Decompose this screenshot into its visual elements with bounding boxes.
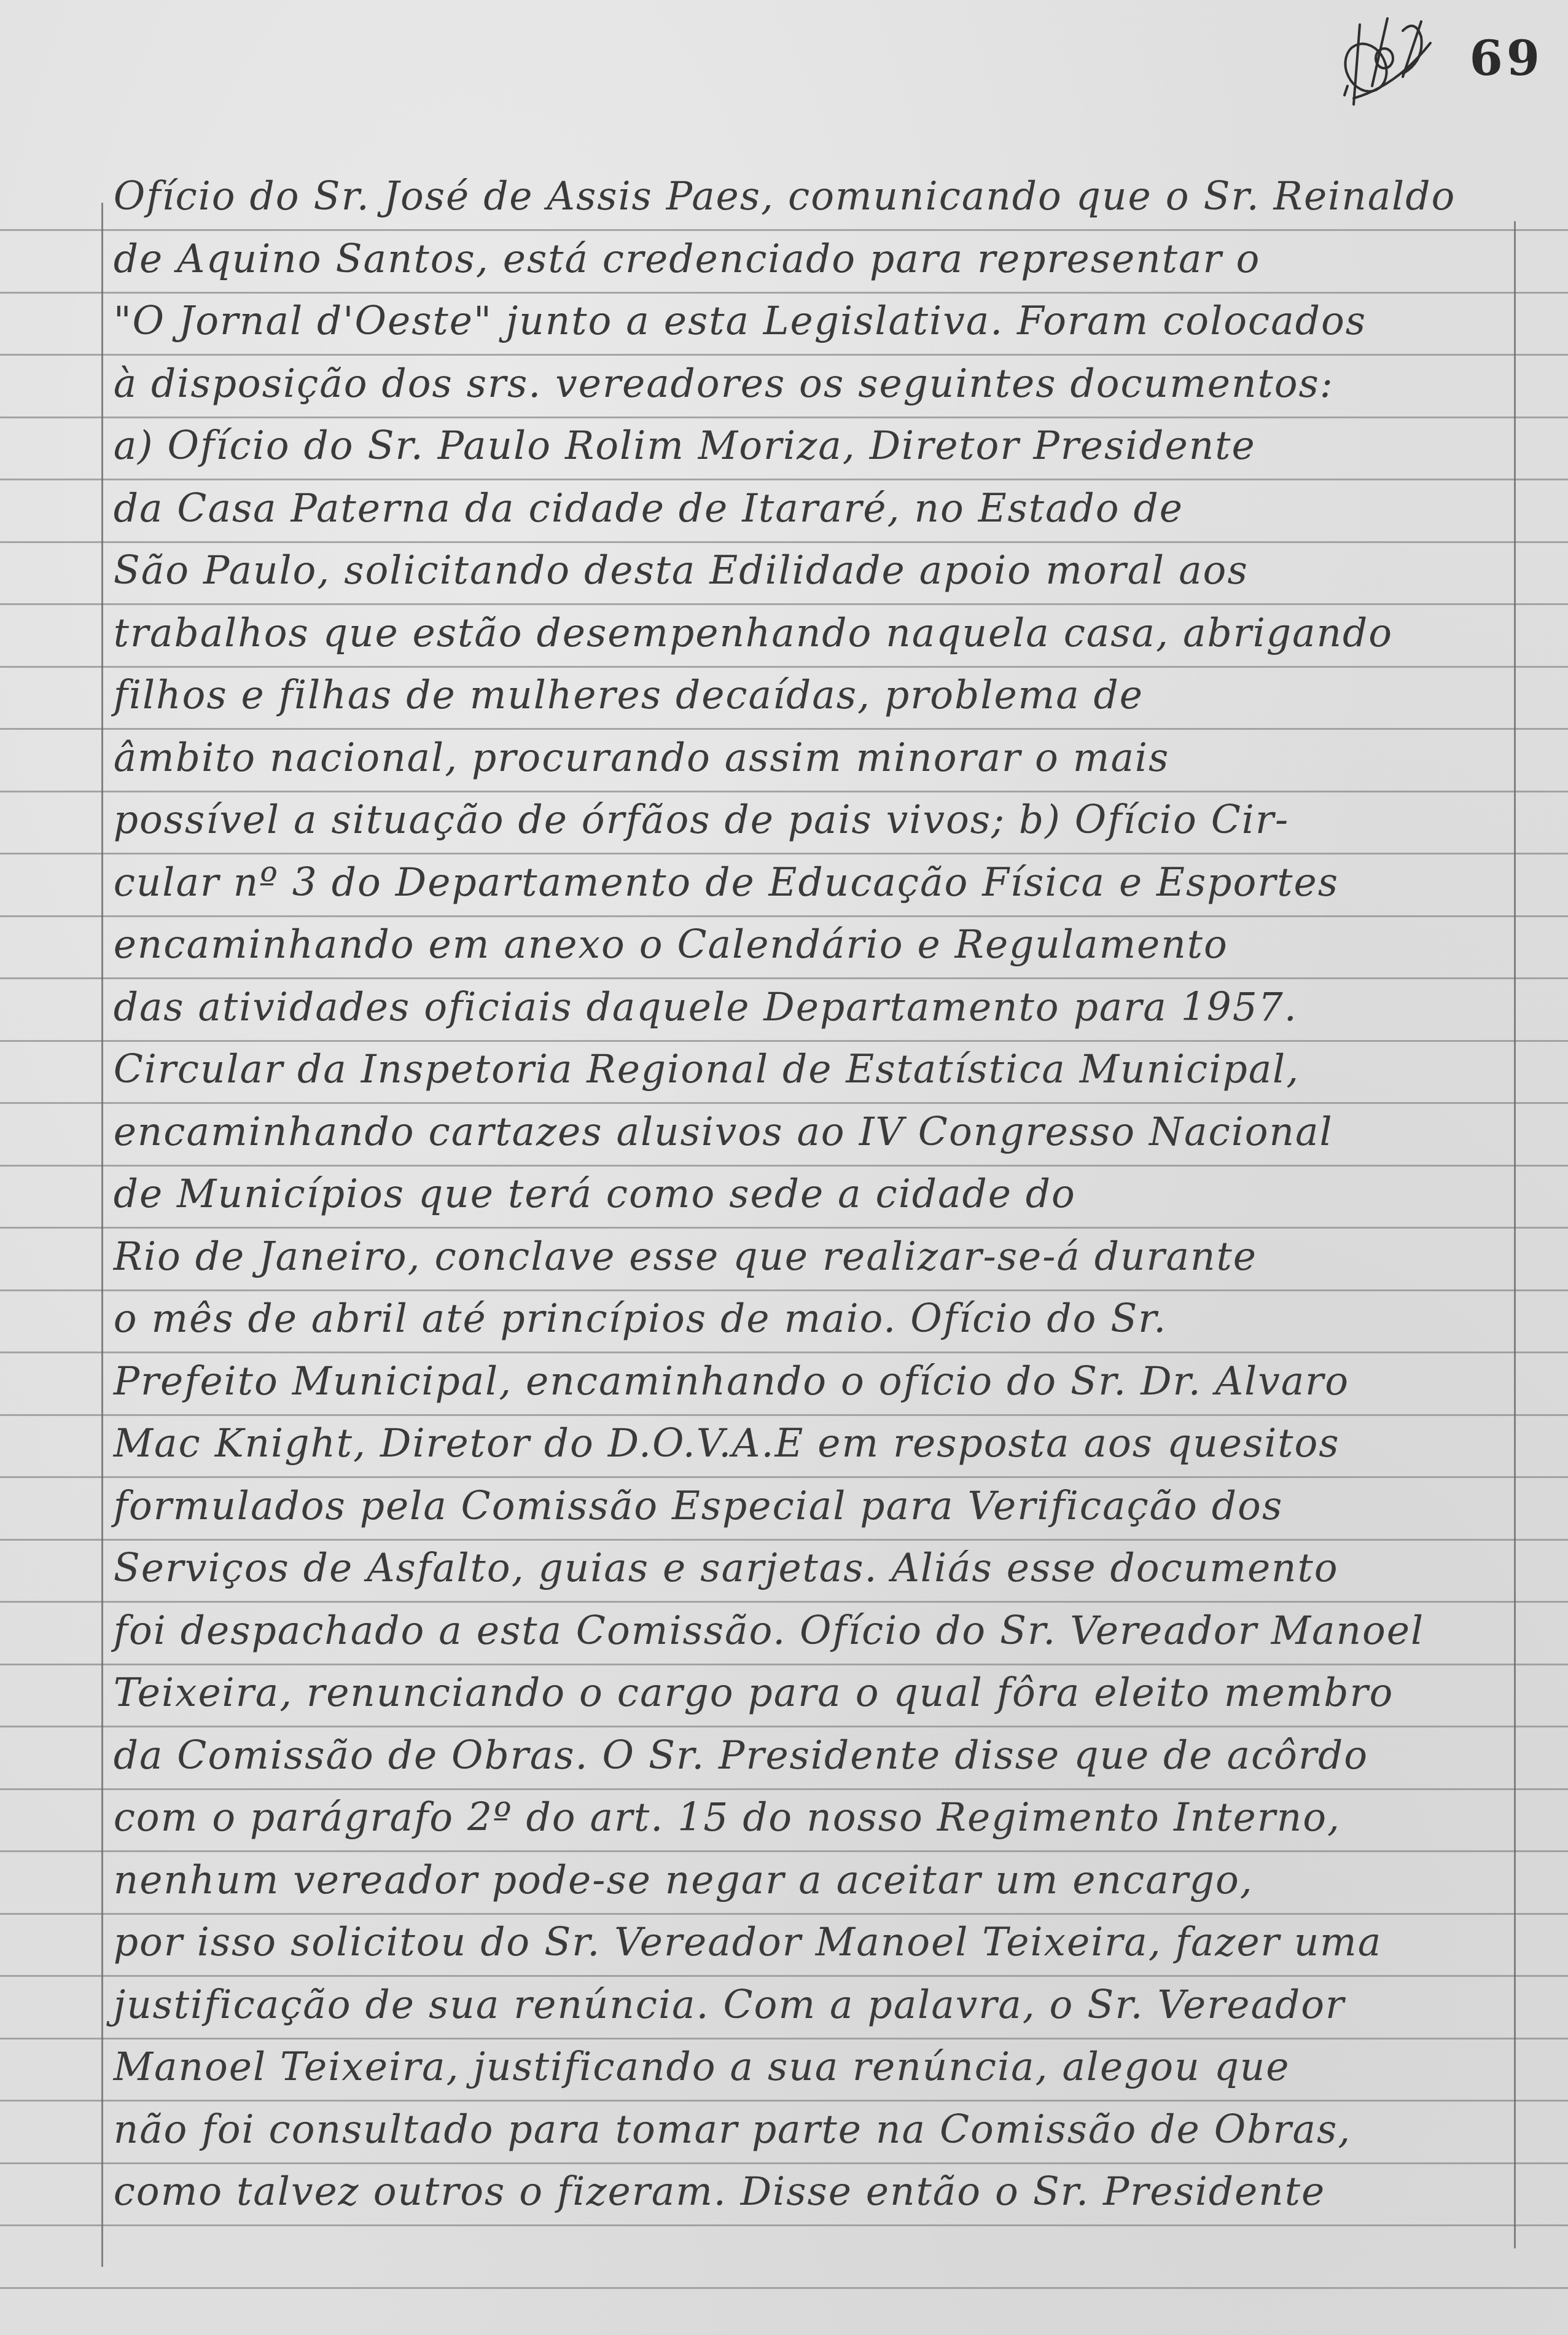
text-line: Rio de Janeiro, conclave esse que realiz… [101,1226,1508,1289]
text-line: encaminhando cartazes alusivos ao IV Con… [101,1101,1508,1164]
text-line: como talvez outros o fizeram. Disse entã… [101,2161,1508,2224]
rubric-signature-icon [1329,6,1452,111]
handwritten-text: Ofício do Sr. José de Assis Paes, comuni… [101,166,1532,2224]
text-line: com o parágrafo 2º do art. 15 do nosso R… [101,1787,1508,1850]
text-line: filhos e filhas de mulheres decaídas, pr… [101,665,1508,727]
text-line: formulados pela Comissão Especial para V… [101,1476,1508,1538]
text-line: de Municípios que terá como sede a cidad… [101,1164,1508,1226]
text-line: encaminhando em anexo o Calendário e Reg… [101,914,1508,977]
text-line: justificação de sua renúncia. Com a pala… [101,1974,1508,2037]
rule-line [0,2287,1568,2289]
text-line: à disposição dos srs. vereadores os segu… [101,353,1508,416]
text-line: São Paulo, solicitando desta Edilidade a… [101,540,1508,603]
text-line: Teixeira, renunciando o cargo para o qua… [101,1662,1508,1725]
text-line: Prefeito Municipal, encaminhando o ofíci… [101,1351,1508,1414]
text-line: nenhum vereador pode-se negar a aceitar … [101,1850,1508,1912]
text-line: da Casa Paterna da cidade de Itararé, no… [101,478,1508,541]
text-line: âmbito nacional, procurando assim minora… [101,727,1508,790]
text-line: por isso solicitou do Sr. Vereador Manoe… [101,1912,1508,1974]
text-line: cular nº 3 do Departamento de Educação F… [101,852,1508,915]
text-line: Manoel Teixeira, justificando a sua renú… [101,2036,1508,2099]
text-line: da Comissão de Obras. O Sr. Presidente d… [101,1725,1508,1788]
text-line: Serviços de Asfalto, guias e sarjetas. A… [101,1538,1508,1600]
page-header: 69 [1329,6,1543,111]
text-line: Mac Knight, Diretor do D.O.V.A.E em resp… [101,1413,1508,1476]
rule-line [0,2224,1568,2226]
text-line: o mês de abril até princípios de maio. O… [101,1288,1508,1351]
text-line: possível a situação de órfãos de pais vi… [101,789,1508,852]
page-number: 69 [1469,31,1543,87]
text-line: das atividades oficiais daquele Departam… [101,977,1508,1039]
text-line: a) Ofício do Sr. Paulo Rolim Moriza, Dir… [101,415,1508,478]
text-line: Circular da Inspetoria Regional de Estat… [101,1039,1508,1101]
text-line: foi despachado a esta Comissão. Ofício d… [101,1600,1508,1663]
text-line: Ofício do Sr. José de Assis Paes, comuni… [101,166,1508,229]
ledger-page: 69 Ofício do Sr. José de Assis Paes, com… [0,0,1568,2335]
text-line: trabalhos que estão desempenhando naquel… [101,603,1508,665]
text-line: de Aquino Santos, está credenciado para … [101,229,1508,291]
text-line: não foi consultado para tomar parte na C… [101,2099,1508,2162]
text-line: "O Jornal d'Oeste" junto a esta Legislat… [101,291,1508,353]
